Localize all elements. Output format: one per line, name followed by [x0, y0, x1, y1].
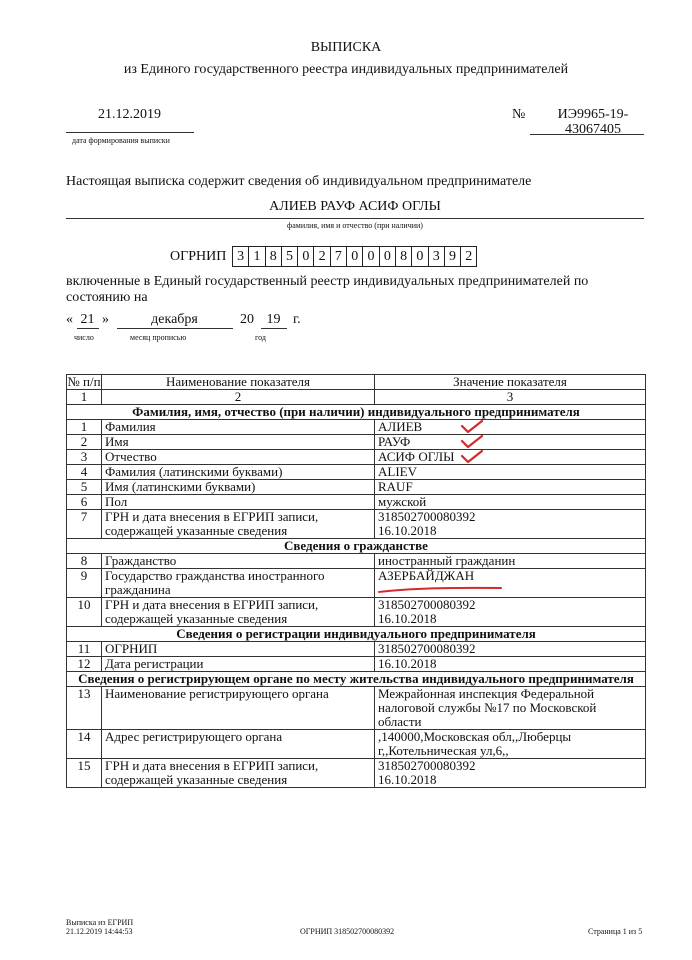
as-of-suffix: г.: [293, 312, 301, 327]
footer-page: Страница 1 из 5: [588, 927, 642, 936]
section-header-row: Сведения о регистрации индивидуального п…: [67, 627, 646, 642]
row-number: 13: [67, 687, 102, 730]
ogrnip-digit: 7: [331, 247, 347, 266]
as-of-century: 20: [240, 312, 254, 327]
table-row: 13Наименование регистрирующего органаМеж…: [67, 687, 646, 730]
footer-doc-name: Выписка из ЕГРИП: [66, 918, 133, 927]
ogrnip-digit: 0: [380, 247, 396, 266]
header-value: Значение показателя: [375, 375, 646, 390]
registry-table: № п/п Наименование показателя Значение п…: [66, 374, 646, 788]
extract-date-caption: дата формирования выписки: [72, 136, 170, 145]
row-number: 5: [67, 480, 102, 495]
row-number: 7: [67, 510, 102, 539]
red-underline-mark: [377, 585, 507, 595]
row-indicator: Пол: [102, 495, 375, 510]
section-header-row: Фамилия, имя, отчество (при наличии) инд…: [67, 405, 646, 420]
table-header-row: № п/п Наименование показателя Значение п…: [67, 375, 646, 390]
row-number: 15: [67, 759, 102, 788]
ogrnip-digit: 0: [347, 247, 363, 266]
as-of-month: декабря: [117, 312, 233, 329]
table-row: 2ИмяРАУФ: [67, 435, 646, 450]
extract-number: ИЭ9965-19- 43067405: [553, 107, 633, 137]
as-of-year: 19: [261, 312, 287, 329]
document-subtitle: из Единого государственного реестра инди…: [0, 62, 692, 78]
ogrnip-digit: 9: [445, 247, 461, 266]
intro-text: Настоящая выписка содержит сведения об и…: [66, 174, 531, 190]
row-indicator: Отчество: [102, 450, 375, 465]
row-value: ,140000,Московская обл,,Люберцы г,,Котел…: [375, 730, 646, 759]
row-number: 1: [67, 420, 102, 435]
table-row: 11ОГРНИП318502700080392: [67, 642, 646, 657]
row-number: 14: [67, 730, 102, 759]
table-row: 14Адрес регистрирующего органа,140000,Мо…: [67, 730, 646, 759]
row-value: 318502700080392 16.10.2018: [375, 759, 646, 788]
table-row: 15ГРН и дата внесения в ЕГРИП записи, со…: [67, 759, 646, 788]
row-number: 8: [67, 554, 102, 569]
table-row: 1ФамилияАЛИЕВ: [67, 420, 646, 435]
divider: [66, 132, 194, 133]
table-row: 4Фамилия (латинскими буквами)ALIEV: [67, 465, 646, 480]
row-value: 318502700080392: [375, 642, 646, 657]
table-row: 6Полмужской: [67, 495, 646, 510]
section-header-row: Сведения о гражданстве: [67, 539, 646, 554]
row-number: 3: [67, 450, 102, 465]
ogrnip-label: ОГРНИП: [170, 249, 226, 265]
as-of-day: 21: [77, 312, 99, 329]
row-indicator: Гражданство: [102, 554, 375, 569]
table-row: 3ОтчествоАСИФ ОГЛЫ: [67, 450, 646, 465]
divider: [66, 218, 644, 219]
row-value: 318502700080392 16.10.2018: [375, 510, 646, 539]
row-number: 10: [67, 598, 102, 627]
row-number: 4: [67, 465, 102, 480]
table-colnum-row: 1 2 3: [67, 390, 646, 405]
row-number: 6: [67, 495, 102, 510]
row-number: 11: [67, 642, 102, 657]
extract-number-line1: ИЭ9965-19-: [553, 107, 633, 122]
row-value: АЗЕРБАЙДЖАН: [375, 569, 646, 598]
row-indicator: Наименование регистрирующего органа: [102, 687, 375, 730]
ogrnip-digit: 0: [363, 247, 379, 266]
row-value: иностранный гражданин: [375, 554, 646, 569]
row-value: 16.10.2018: [375, 657, 646, 672]
ogrnip-digit: 0: [412, 247, 428, 266]
extract-date: 21.12.2019: [98, 107, 161, 123]
table-row: 7ГРН и дата внесения в ЕГРИП записи, сод…: [67, 510, 646, 539]
caption-day: число: [74, 333, 94, 342]
ogrnip-digit: 3: [233, 247, 249, 266]
ogrnip-digit: 8: [266, 247, 282, 266]
table-row: 10ГРН и дата внесения в ЕГРИП записи, со…: [67, 598, 646, 627]
table-row: 9Государство гражданства иностранного гр…: [67, 569, 646, 598]
colnum-1: 1: [67, 390, 102, 405]
section-header-row: Сведения о регистрирующем органе по мест…: [67, 672, 646, 687]
row-value: АСИФ ОГЛЫ: [375, 450, 646, 465]
section-title: Фамилия, имя, отчество (при наличии) инд…: [67, 405, 646, 420]
section-title: Сведения о регистрации индивидуального п…: [67, 627, 646, 642]
row-indicator: Адрес регистрирующего органа: [102, 730, 375, 759]
ogrnip-digit: 8: [396, 247, 412, 266]
row-indicator: Имя (латинскими буквами): [102, 480, 375, 495]
row-value: Межрайонная инспекция Федеральной налого…: [375, 687, 646, 730]
caption-month: месяц прописью: [130, 333, 186, 342]
caption-year: год: [255, 333, 266, 342]
row-value: РАУФ: [375, 435, 646, 450]
row-number: 2: [67, 435, 102, 450]
document-title: ВЫПИСКА: [0, 40, 692, 56]
ogrnip-digit: 2: [314, 247, 330, 266]
section-title: Сведения о регистрирующем органе по мест…: [67, 672, 646, 687]
row-indicator: ГРН и дата внесения в ЕГРИП записи, соде…: [102, 510, 375, 539]
footer-timestamp: 21.12.2019 14:44:53: [66, 927, 133, 936]
ogrnip-digit: 1: [249, 247, 265, 266]
quote-open: «: [66, 312, 73, 327]
row-indicator: Имя: [102, 435, 375, 450]
divider: [530, 134, 644, 135]
ogrnip-digit: 3: [429, 247, 445, 266]
table-row: 5Имя (латинскими буквами)RAUF: [67, 480, 646, 495]
row-indicator: Фамилия: [102, 420, 375, 435]
ogrnip-digit: 5: [282, 247, 298, 266]
row-indicator: Государство гражданства иностранного гра…: [102, 569, 375, 598]
footer-left: Выписка из ЕГРИП 21.12.2019 14:44:53: [66, 918, 133, 936]
row-number: 12: [67, 657, 102, 672]
colnum-3: 3: [375, 390, 646, 405]
header-indicator: Наименование показателя: [102, 375, 375, 390]
included-text: включенные в Единый государственный реес…: [66, 274, 626, 306]
row-indicator: ГРН и дата внесения в ЕГРИП записи, соде…: [102, 759, 375, 788]
row-indicator: Фамилия (латинскими буквами): [102, 465, 375, 480]
row-indicator: Дата регистрации: [102, 657, 375, 672]
row-number: 9: [67, 569, 102, 598]
ogrnip-digit: 0: [298, 247, 314, 266]
as-of-date: « 21 » декабря 20 19 г.: [66, 312, 301, 329]
row-value: АЛИЕВ: [375, 420, 646, 435]
colnum-2: 2: [102, 390, 375, 405]
entrepreneur-name-caption: фамилия, имя и отчество (при наличии): [66, 221, 644, 230]
table-row: 12Дата регистрации16.10.2018: [67, 657, 646, 672]
row-value: ALIEV: [375, 465, 646, 480]
red-checkmark-icon: [459, 448, 485, 466]
section-title: Сведения о гражданстве: [67, 539, 646, 554]
header-number: № п/п: [67, 375, 102, 390]
row-value: 318502700080392 16.10.2018: [375, 598, 646, 627]
footer-ogrnip: ОГРНИП 318502700080392: [300, 927, 394, 936]
quote-close: »: [102, 312, 109, 327]
entrepreneur-name: АЛИЕВ РАУФ АСИФ ОГЛЫ: [66, 199, 644, 215]
row-value: RAUF: [375, 480, 646, 495]
ogrnip-digit-boxes: 318502700080392: [232, 246, 477, 267]
table-row: 8Гражданствоиностранный гражданин: [67, 554, 646, 569]
row-value: мужской: [375, 495, 646, 510]
row-indicator: ОГРНИП: [102, 642, 375, 657]
row-indicator: ГРН и дата внесения в ЕГРИП записи, соде…: [102, 598, 375, 627]
ogrnip-digit: 2: [461, 247, 476, 266]
number-sign: №: [512, 107, 525, 123]
